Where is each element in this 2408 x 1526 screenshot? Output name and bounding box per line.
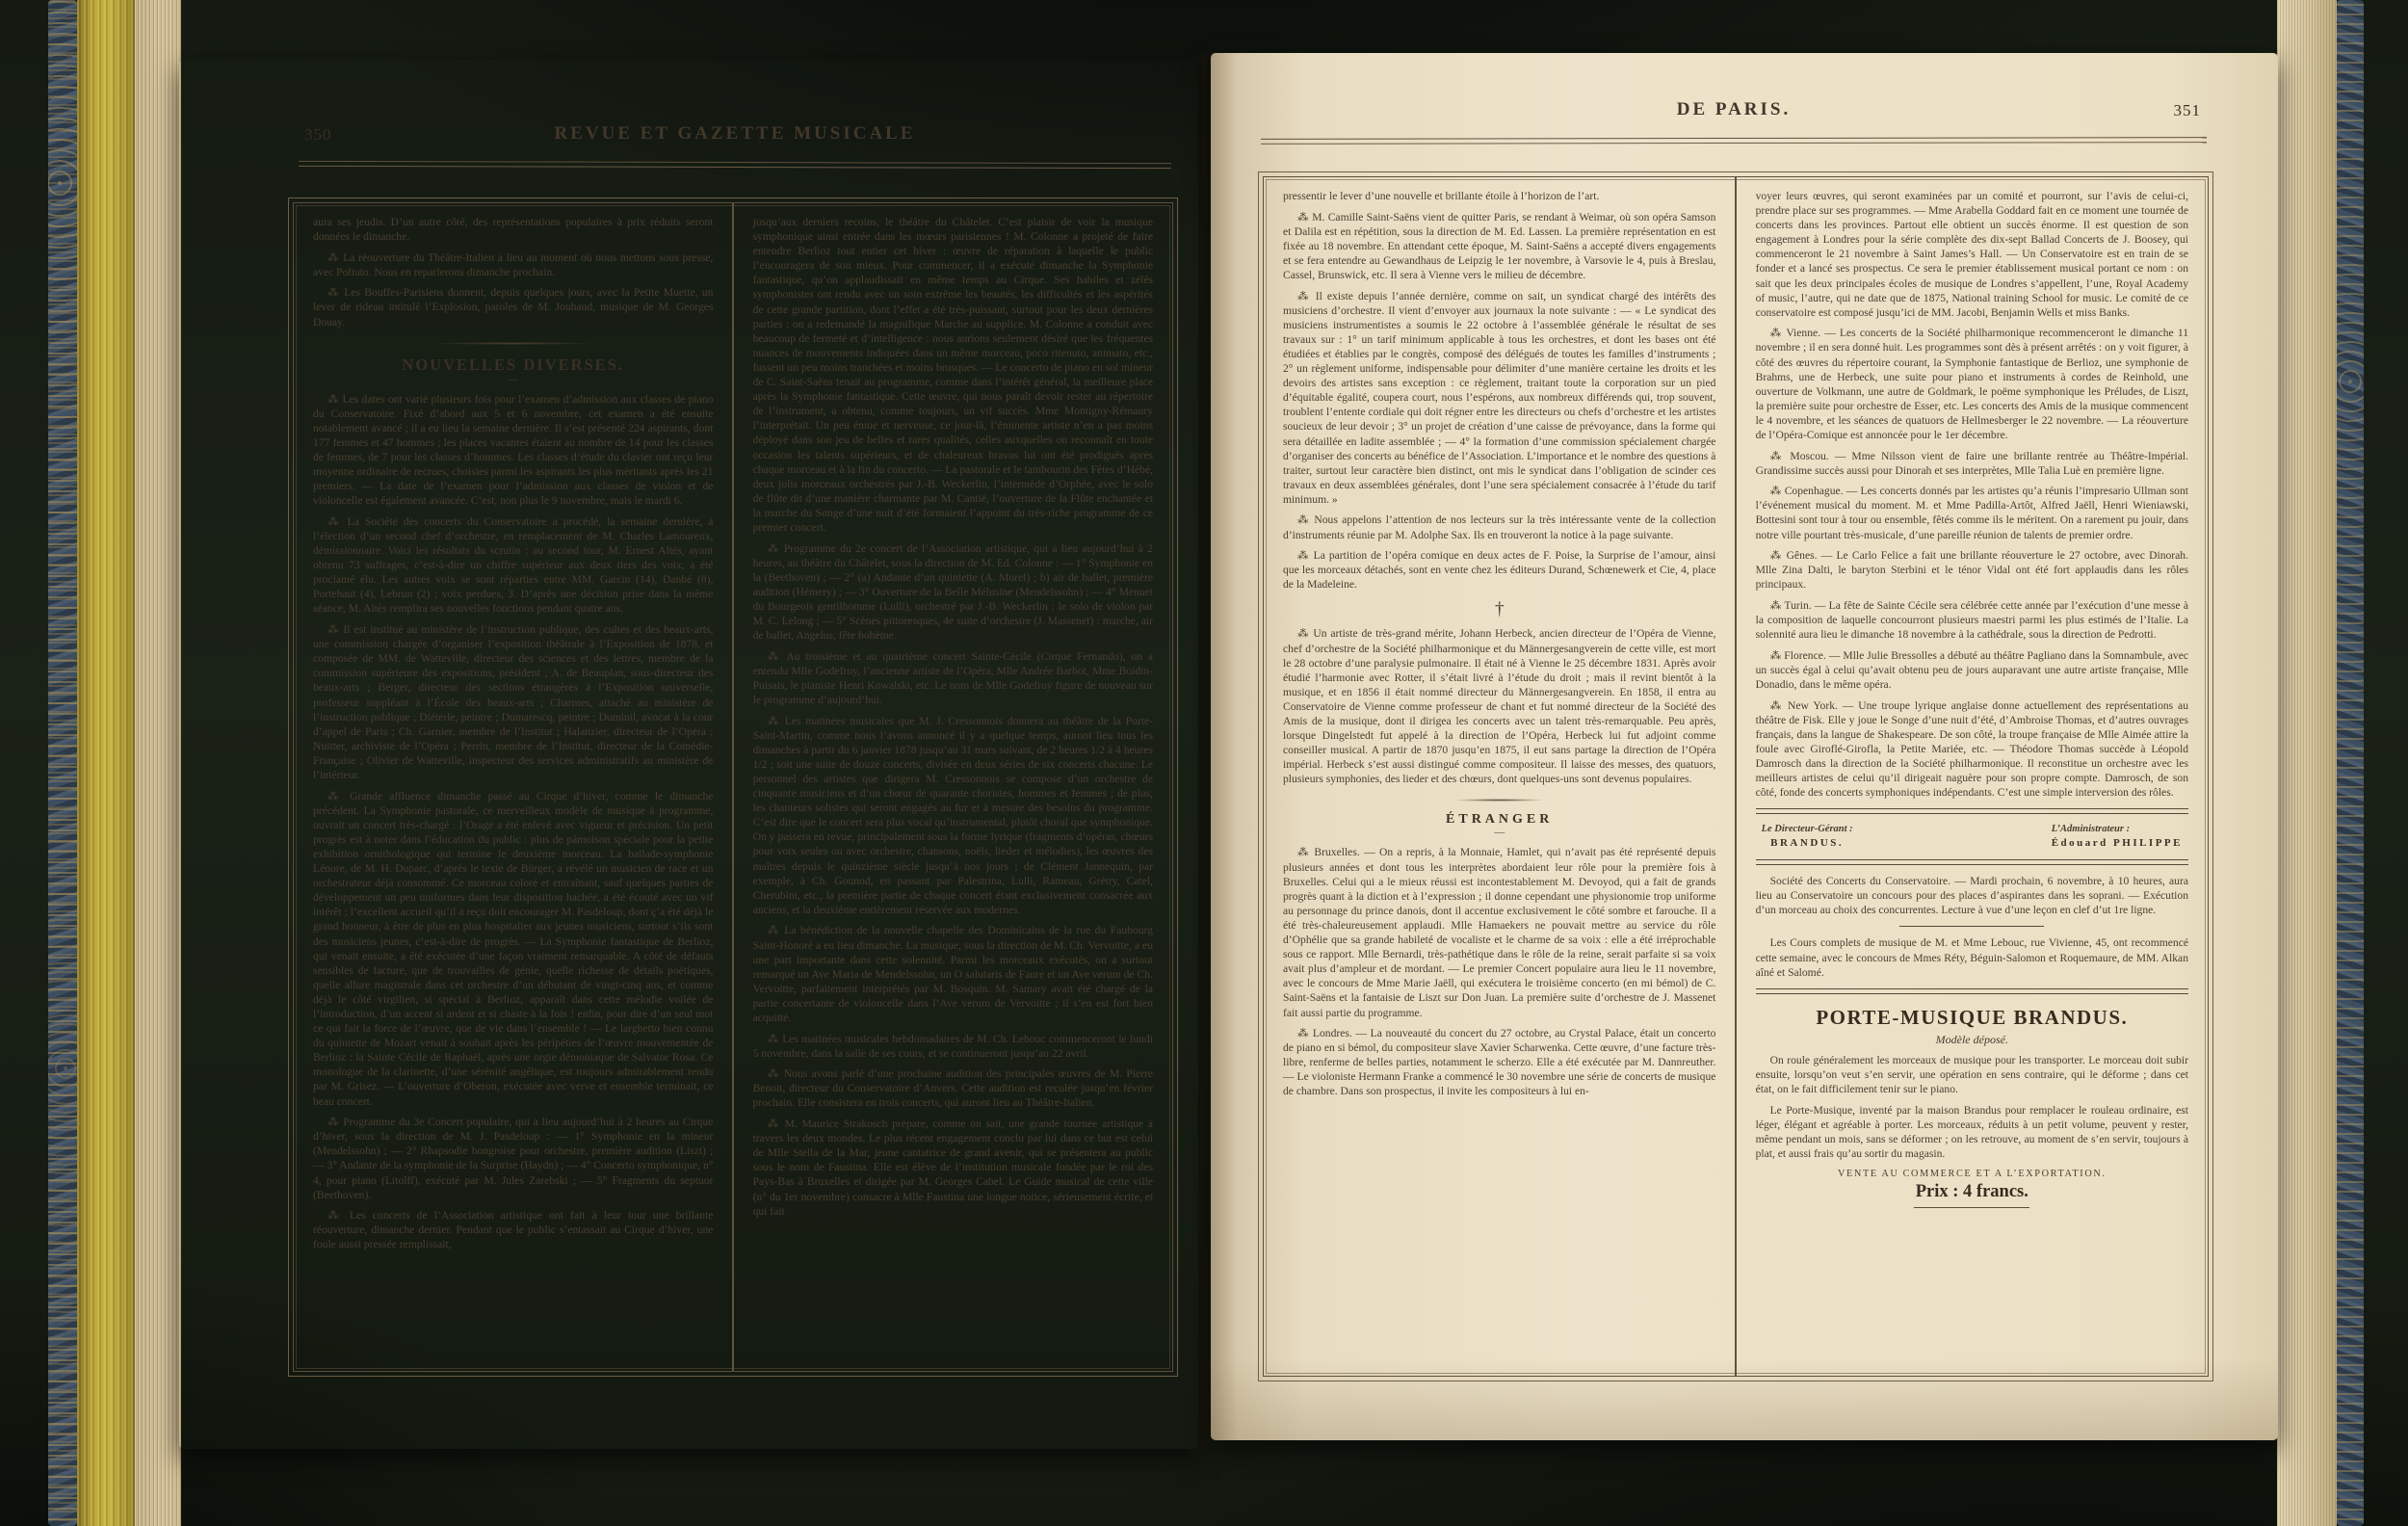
- heading-dash: —: [1283, 828, 1715, 837]
- news-paragraph: ⁂ M. Maurice Strakosch prépare, comme on…: [753, 1117, 1153, 1219]
- news-paragraph: ⁂ Londres. — La nouveauté du concert du …: [1283, 1026, 1715, 1098]
- journal-title: REVUE ET GAZETTE MUSICALE: [304, 123, 1165, 145]
- page-stack-edge-left: [135, 0, 181, 1526]
- signature-bottom-rule: [1756, 859, 2188, 865]
- news-paragraph: ⁂ Moscou. — Mme Nilsson vient de faire u…: [1756, 449, 2188, 478]
- left-header-rule: [299, 161, 1171, 169]
- advertisement-top-rule: [1756, 988, 2188, 994]
- advertisement-paragraph: Le Porte-Musique, inventé par la maison …: [1756, 1103, 2188, 1161]
- section-divider-rule: [1452, 799, 1547, 802]
- advertisement-sale-line: VENTE AU COMMERCE ET A L’EXPORTATION.: [1756, 1169, 2188, 1179]
- news-paragraph: ⁂ La réouverture du Théâtre-Italien a li…: [313, 250, 713, 279]
- right-column-2: voyer leurs œuvres, qui seront examinées…: [1737, 177, 2208, 1376]
- news-paragraph: ⁂ Les concerts de l’Association artistiq…: [313, 1208, 713, 1251]
- section-heading-etranger: ÉTRANGER: [1283, 812, 1715, 828]
- news-paragraph: ⁂ Les Bouffes-Parisiens donnent, depuis …: [313, 285, 713, 329]
- masthead-signatures: Le Directeur-Gérant : BRANDUS. L’Adminis…: [1756, 823, 2188, 851]
- book-photo-scene: 350 REVUE ET GAZETTE MUSICALE aura ses j…: [0, 0, 2408, 1526]
- news-paragraph: jusqu’aux derniers recoins, le théâtre d…: [753, 215, 1153, 535]
- news-paragraph: ⁂ Les matinées musicales que M. J. Cress…: [753, 714, 1153, 917]
- section-divider-rule: [425, 342, 601, 345]
- cours-lebouc-notice: Les Cours complets de musique de M. et M…: [1756, 935, 2188, 979]
- news-paragraph: ⁂ Turin. — La fête de Sainte Cécile sera…: [1756, 598, 2188, 642]
- page-stack-edge-right: [2277, 0, 2337, 1526]
- advertisement-paragraph: On roule généralement les morceaux de mu…: [1756, 1053, 2188, 1096]
- left-text-frame: aura ses jeudis. D’un autre côté, des re…: [293, 202, 1173, 1372]
- news-paragraph: ⁂ Nous appelons l’attention de nos lecte…: [1283, 513, 1715, 541]
- notice-divider-rule: [1899, 926, 2044, 927]
- news-paragraph: ⁂ Il est institué au ministère de l’inst…: [313, 622, 713, 782]
- book-gilt-fore-edge-left: [77, 0, 135, 1526]
- news-paragraph: ⁂ Bruxelles. — On a repris, à la Monnaie…: [1283, 845, 1715, 1019]
- administrator-label: L’Administrateur :: [2052, 824, 2183, 834]
- news-paragraph: ⁂ Vienne. — Les concerts de la Société p…: [1756, 326, 2188, 442]
- page-left-350: 350 REVUE ET GAZETTE MUSICALE aura ses j…: [179, 60, 1198, 1449]
- right-header-rule: [1261, 137, 2207, 145]
- page-right-351: DE PARIS. 351 pressentir le lever d’une …: [1211, 53, 2278, 1440]
- news-paragraph: ⁂ Nous avons parlé d’une prochaine audit…: [753, 1066, 1153, 1110]
- administrator-name: Édouard PHILIPPE: [2052, 837, 2183, 849]
- director-signature: Le Directeur-Gérant : BRANDUS.: [1762, 824, 1853, 849]
- news-paragraph: ⁂ La bénédiction de la nouvelle chapelle…: [753, 923, 1153, 1025]
- news-paragraph: ⁂ La Société des concerts du Conservatoi…: [313, 514, 713, 617]
- news-paragraph: ⁂ Grande affluence dimanche passé au Cir…: [313, 789, 713, 1109]
- conservatoire-notice: Société des Concerts du Conservatoire. —…: [1756, 874, 2188, 917]
- advertisement-subtitle: Modèle déposé.: [1756, 1033, 2188, 1047]
- news-paragraph: ⁂ Programme du 3e Concert populaire, qui…: [313, 1115, 713, 1202]
- news-paragraph: ⁂ Les dates ont varié plusieurs fois pou…: [313, 392, 713, 509]
- news-paragraph: aura ses jeudis. D’un autre côté, des re…: [313, 215, 713, 244]
- left-column-2: jusqu’aux derniers recoins, le théâtre d…: [734, 203, 1172, 1371]
- administrator-signature: L’Administrateur : Édouard PHILIPPE: [2052, 824, 2183, 849]
- news-paragraph: pressentir le lever d’une nouvelle et br…: [1283, 189, 1715, 203]
- price-underline-rule: [1914, 1207, 2029, 1208]
- news-paragraph: ⁂ Les matinées musicales hebdomadaires d…: [753, 1032, 1153, 1061]
- heading-dash: —: [313, 375, 713, 384]
- book-board-marbled-edge-left: [48, 0, 77, 1526]
- news-paragraph: ⁂ New York. — Une troupe lyrique anglais…: [1756, 698, 2188, 801]
- advertisement-title: PORTE-MUSIQUE BRANDUS.: [1756, 1006, 2188, 1030]
- news-paragraph: ⁂ La partition de l’opéra comique en deu…: [1283, 548, 1715, 592]
- left-column-1: aura ses jeudis. D’un autre côté, des re…: [294, 203, 732, 1371]
- news-paragraph: ⁂ Programme du 2e concert de l’Associati…: [753, 541, 1153, 644]
- advertisement-price: Prix : 4 francs.: [1756, 1182, 2188, 1202]
- book-board-marbled-edge-right: [2337, 0, 2364, 1526]
- section-heading-nouvelles-diverses: NOUVELLES DIVERSES.: [313, 355, 713, 375]
- director-label: Le Directeur-Gérant :: [1762, 824, 1853, 834]
- right-page-number: 351: [2174, 101, 2202, 120]
- obituary-cross-icon: †: [1283, 599, 1715, 620]
- news-paragraph: ⁂ Il existe depuis l’année dernière, com…: [1283, 289, 1715, 507]
- news-paragraph: ⁂ Florence. — Mlle Julie Bressolles a dé…: [1756, 648, 2188, 692]
- obituary-paragraph: ⁂ Un artiste de très-grand mérite, Johan…: [1283, 626, 1715, 786]
- right-column-1: pressentir le lever d’une nouvelle et br…: [1264, 177, 1735, 1376]
- signature-top-rule: [1756, 808, 2188, 814]
- news-paragraph: ⁂ Copenhague. — Les concerts donnés par …: [1756, 484, 2188, 541]
- news-paragraph: ⁂ Au troisième et au quatrième concert S…: [753, 649, 1153, 707]
- journal-title-continuation: DE PARIS.: [1267, 99, 2201, 120]
- right-text-frame: pressentir le lever d’une nouvelle et br…: [1263, 176, 2209, 1377]
- news-paragraph: voyer leurs œuvres, qui seront examinées…: [1756, 189, 2188, 320]
- news-paragraph: ⁂ M. Camille Saint-Saëns vient de quitte…: [1283, 210, 1715, 282]
- left-running-head: 350 REVUE ET GAZETTE MUSICALE: [304, 123, 1165, 148]
- director-name: BRANDUS.: [1762, 837, 1853, 849]
- book-gutter-shadow: [1196, 53, 1212, 1448]
- right-running-head: DE PARIS. 351: [1267, 99, 2201, 124]
- news-paragraph: ⁂ Gênes. — Le Carlo Felice a fait une br…: [1756, 548, 2188, 592]
